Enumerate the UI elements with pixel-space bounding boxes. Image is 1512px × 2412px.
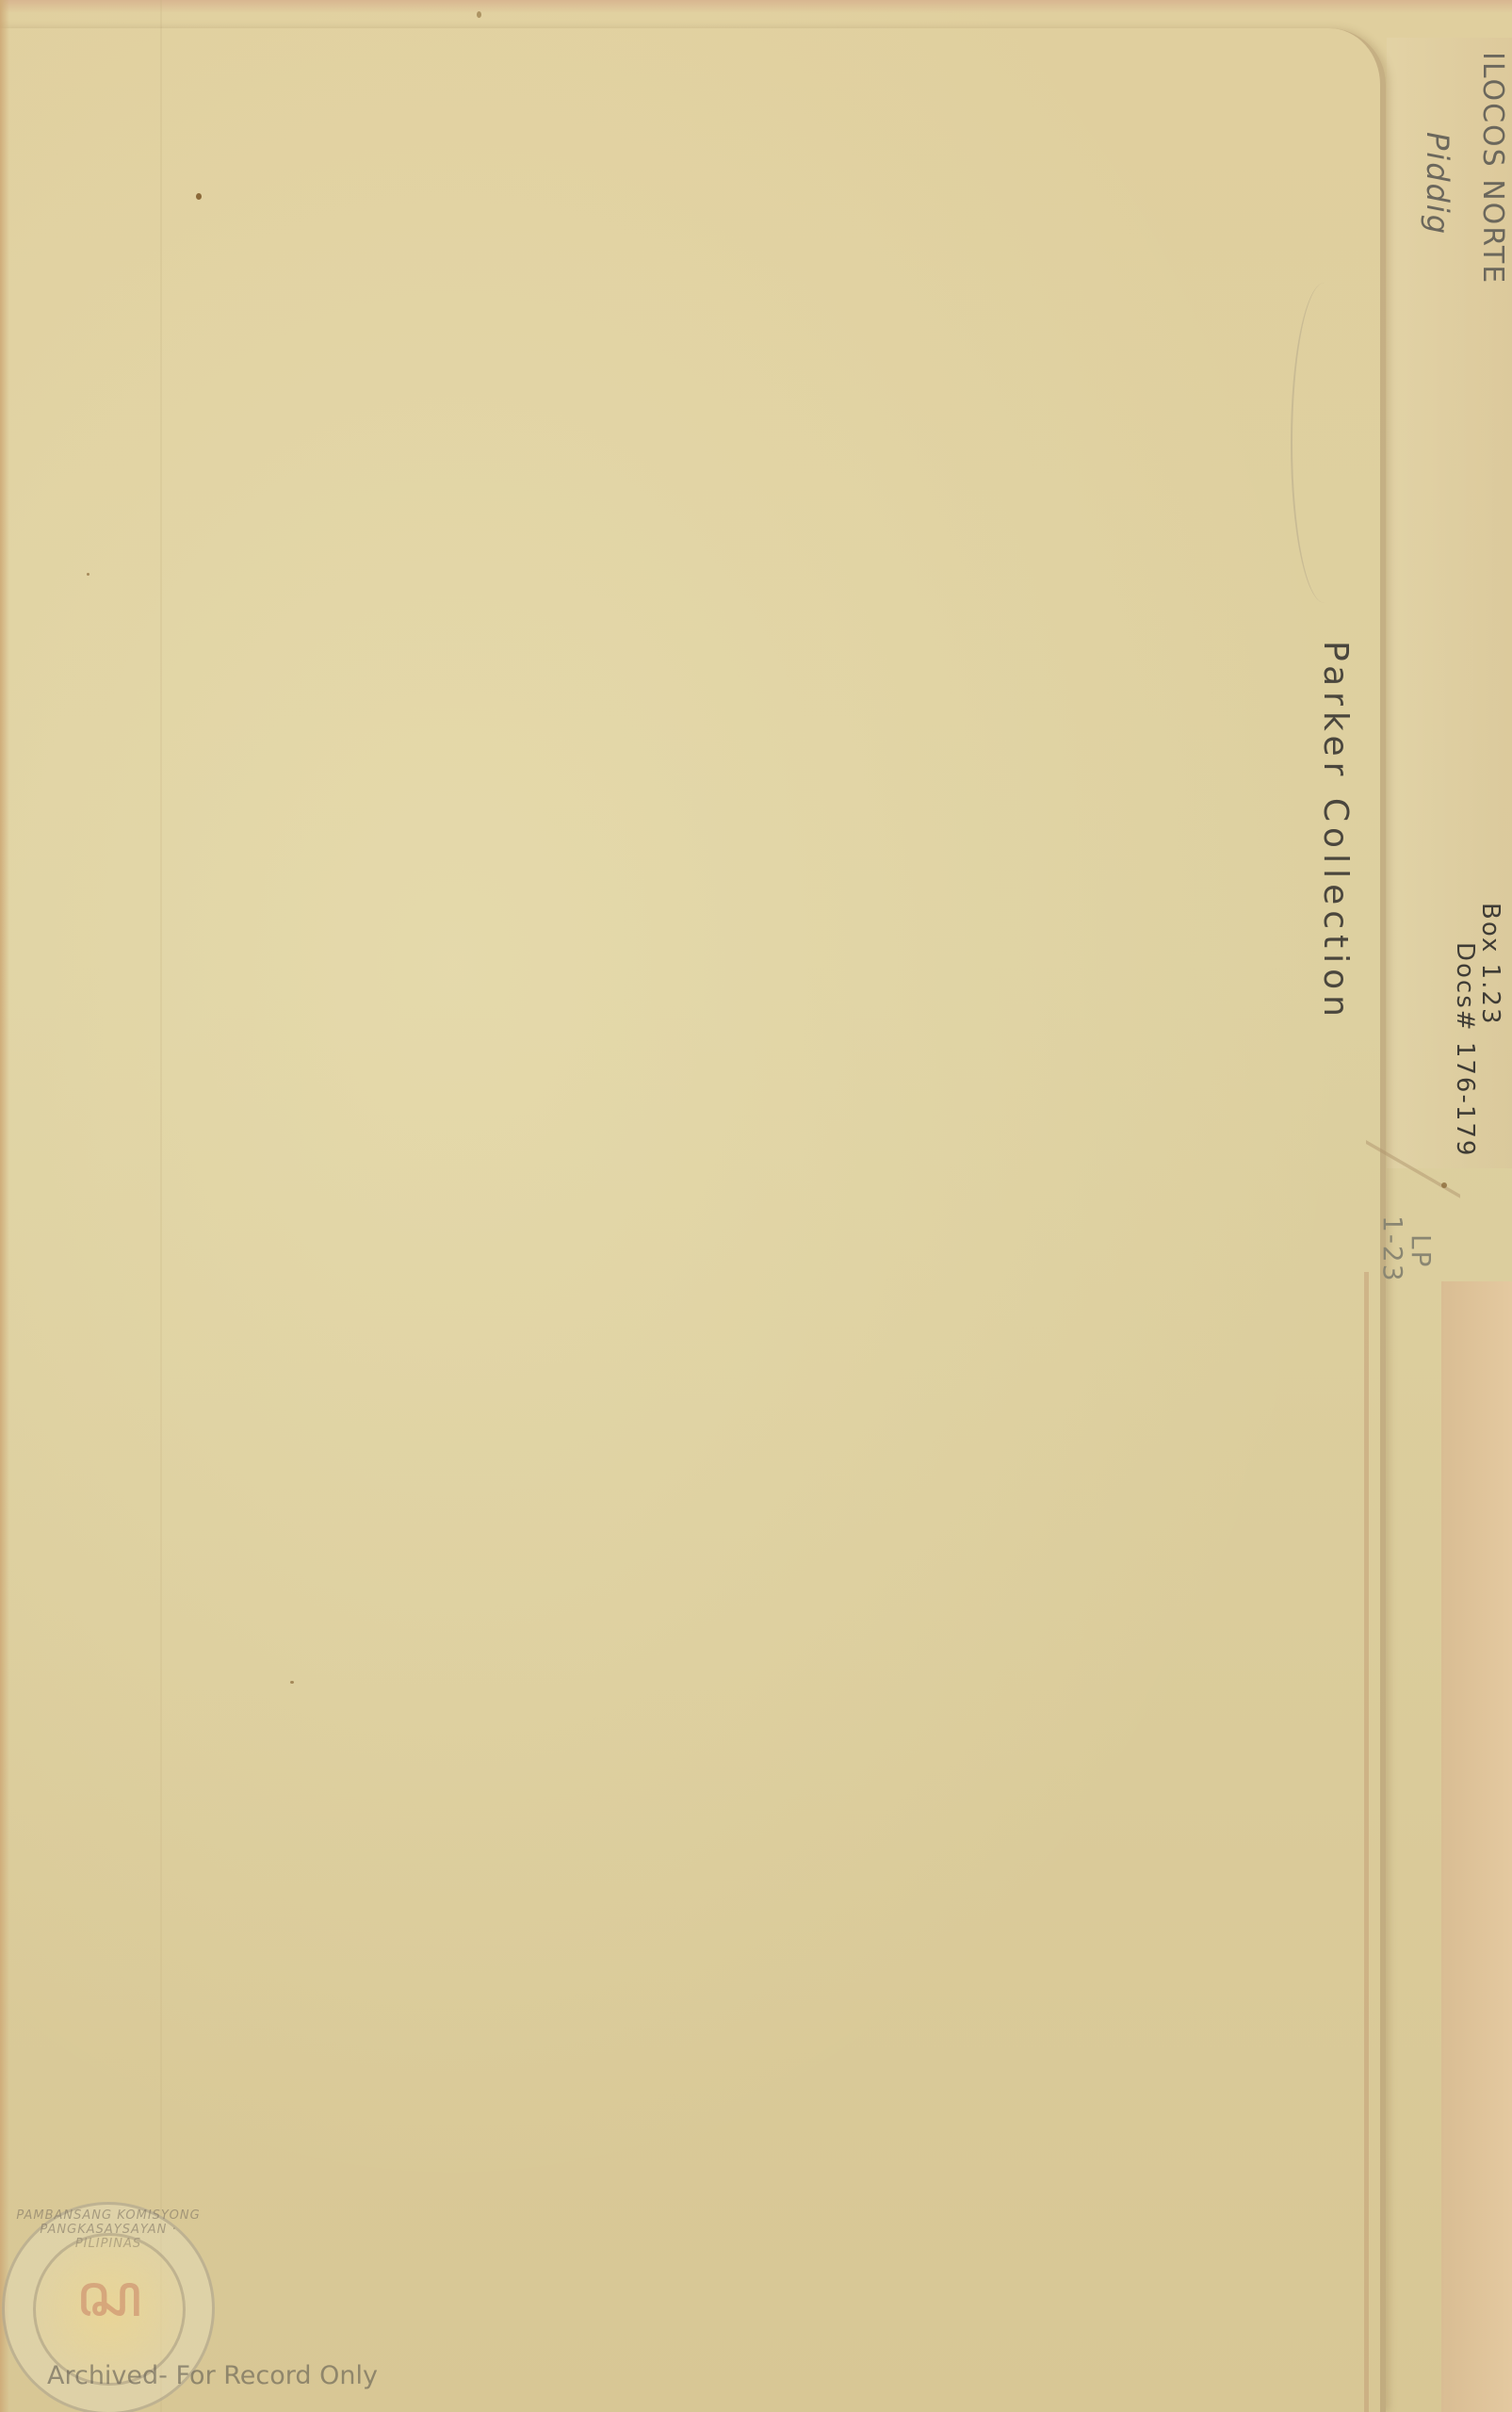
lp-mark: LP [1406, 1234, 1437, 1268]
stain-spot [290, 1681, 294, 1684]
tab-label-town: Piddig [1420, 132, 1455, 236]
collection-label: Parker Collection [1316, 641, 1355, 1022]
pencil-erasure-curve [1291, 283, 1358, 603]
box-label: Box 1.23 [1476, 903, 1504, 1026]
tab-label-province: ILOCOS NORTE [1476, 52, 1509, 285]
stain-spot [1441, 1182, 1447, 1188]
stain-spot [87, 573, 89, 576]
front-folder-panel [0, 28, 1386, 2412]
watermark-caption: Archived- For Record Only [47, 2361, 378, 2390]
back-panel-strip [1441, 1281, 1512, 2412]
range-mark: 1-23 [1377, 1215, 1408, 1283]
top-edge-stain [0, 0, 1512, 13]
docs-label: Docs# 176-179 [1451, 942, 1479, 1157]
front-panel-lower-edge [1364, 1272, 1446, 2412]
stain-spot [196, 193, 202, 200]
stain-spot [477, 11, 481, 18]
